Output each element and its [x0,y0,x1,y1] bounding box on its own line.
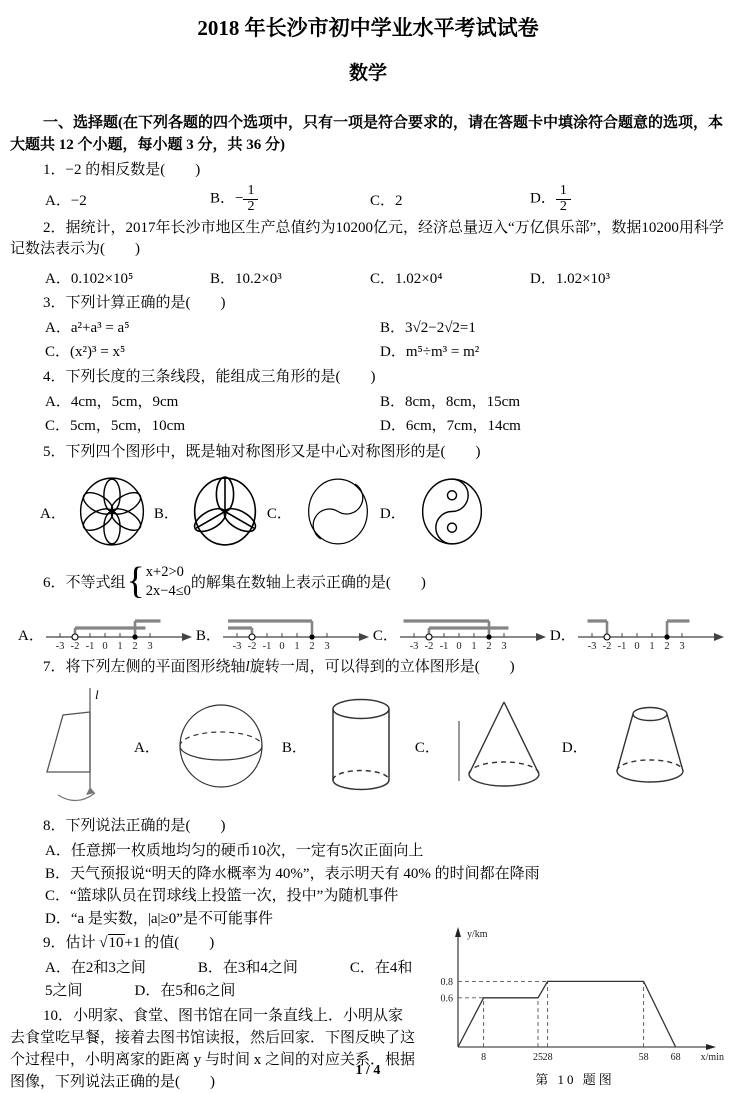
q2-option-b: B．10.2×0³ [210,267,370,288]
svg-text:-1: -1 [85,641,94,651]
q1-option-a: A．−2 [45,189,210,210]
q7-stem-suffix: 旋转一周，可以得到的立体图形是( ) [250,659,515,675]
q1-option-b-sign: − [235,191,243,207]
q6-option-a-label: A． [18,624,44,645]
svg-text:-2: -2 [602,641,611,651]
svg-text:0: 0 [279,641,284,651]
q1-stem: 1．−2 的相反数是( ) [10,160,726,182]
q7-option-b-label: B． [282,736,307,757]
number-line-figure-b: -3-2-10123 [221,604,371,651]
q9-stem-suffix: +1 的值( ) [125,935,215,951]
page-number: 1 / 4 [0,1063,736,1079]
svg-text:2: 2 [664,641,669,651]
svg-text:68: 68 [671,1052,681,1063]
q3-options-row2: C．(x²)³ = x⁵ D．m⁵÷m³ = m² [45,341,726,364]
svg-text:0.8: 0.8 [441,977,454,988]
section-instructions: 一、选择题(在下列各题的四个选项中，只有一项是符合要求的，请在答题卡中填涂符合题… [10,113,726,157]
q6-stem: 6．不等式组 { x+2>0 2x−4≤0 的解集在数轴上表示正确的是( ) [10,563,726,599]
q2-option-a: A．0.102×10⁵ [45,267,210,288]
q5-figures: A． B． C． [40,469,726,555]
cone-figure [454,696,548,796]
q9-option-d: D．在5和6之间 [135,983,236,999]
q1-option-b: B．−12 [210,184,370,214]
svg-text:3: 3 [324,641,329,651]
q8-option-a: A．任意掷一枚质地均匀的硬币10次，一定有5次正面向上 [45,840,726,863]
svg-text:0.6: 0.6 [441,993,454,1004]
sqrt-radicand: 10 [108,934,125,951]
q8-option-b: B．天气预报说“明天的降水概率为 40%”，表示明天有 40% 的时间都在降雨 [45,863,726,886]
q10-distance-time-chart: y/kmx/min8252858680.60.8 [424,921,726,1071]
frustum-figure [602,694,696,798]
q4-option-d: D．6cm，7cm，14cm [380,415,726,438]
trefoil-figure [183,469,267,555]
q3-options-row1: A．a²+a³ = a⁵ B．3√2−2√2=1 [45,317,726,340]
fraction: 12 [556,184,571,214]
svg-text:-1: -1 [262,641,271,651]
q9-stem-prefix: 9．估计 [43,935,96,951]
q3-option-d: D．m⁵÷m³ = m² [380,341,726,364]
q4-options-row1: A．4cm，5cm，9cm B．8cm，8cm，15cm [45,391,726,414]
svg-text:2: 2 [309,641,314,651]
svg-text:x/min: x/min [701,1052,724,1063]
q1-option-d-label: D． [530,191,556,207]
q6-inequality-system: x+2>0 2x−4≤0 [146,563,191,599]
q7-option-a-label: A． [134,736,160,757]
brace: { [127,564,145,598]
q2-option-c: C．1.02×0⁴ [370,267,530,288]
q5-stem: 5．下列四个图形中，既是轴对称图形又是中心对称图形的是( ) [10,442,726,464]
svg-text:28: 28 [543,1052,553,1063]
q6-options: A． -3-2-10123 B． -3-2-10123 C． -3-2-1012… [16,604,726,651]
fraction-numerator: 1 [556,184,571,200]
svg-text:-1: -1 [617,641,626,651]
svg-text:3: 3 [501,641,506,651]
q5-option-b-label: B． [154,502,179,523]
q3-option-a: A．a²+a³ = a⁵ [45,317,380,340]
svg-text:-3: -3 [587,641,596,651]
q9-option-a: A．在2和3之间 [45,960,146,976]
q4-options-row2: C．5cm，5cm，10cm D．6cm，7cm，14cm [45,415,726,438]
svg-text:0: 0 [102,641,107,651]
fraction: 12 [243,184,258,214]
fraction-numerator: 1 [243,184,258,200]
q7-option-d-label: D． [562,736,588,757]
q6-stem-suffix: 的解集在数轴上表示正确的是( ) [191,571,426,592]
rotation-axis-figure: l [32,682,120,810]
svg-text:l: l [95,687,99,702]
q4-stem: 4．下列长度的三条线段，能组成三角形的是( ) [10,367,726,389]
fraction-denominator: 2 [556,200,571,215]
q1-option-d: D．12 [530,184,726,214]
svg-text:1: 1 [471,641,476,651]
svg-text:-3: -3 [232,641,241,651]
sqrt-sign: √ [99,935,107,951]
q8-option-c: C．“篮球队员在罚球线上投篮一次，投中”为随机事件 [45,885,726,908]
q1-option-c: C．2 [370,189,530,210]
yinyang-figure [410,469,494,555]
exam-page: 2018 年长沙市初中学业水平考试试卷 数学 一、选择题(在下列各题的四个选项中… [0,0,736,1093]
svg-text:25: 25 [533,1052,543,1063]
number-line-figure-a: -3-2-10123 [44,604,194,651]
q5-option-d-label: D． [380,502,406,523]
svg-text:-3: -3 [410,641,419,651]
svg-text:0: 0 [634,641,639,651]
page-subtitle: 数学 [10,58,726,85]
svg-text:0: 0 [456,641,461,651]
page-title: 2018 年长沙市初中学业水平考试试卷 [10,12,726,42]
q4-option-c: C．5cm，5cm，10cm [45,415,380,438]
fraction-denominator: 2 [243,200,258,215]
svg-text:8: 8 [481,1052,486,1063]
q7-figures: l A． B． C． D． [32,682,726,810]
number-line-figure-c: -3-2-10123 [398,604,548,651]
q2-stem: 2．据统计，2017年长沙市地区生产总值约为10200亿元，经济总量迈入“万亿俱… [10,218,726,262]
q1-option-b-label: B． [210,191,235,207]
svg-text:2: 2 [132,641,137,651]
q2-option-d: D．1.02×10³ [530,267,726,288]
q6-stem-prefix: 6．不等式组 [43,571,126,592]
q5-option-a-label: A． [40,502,66,523]
number-line-figure-d: -3-2-10123 [576,604,726,651]
svg-text:-3: -3 [55,641,64,651]
svg-text:y/km: y/km [467,929,488,940]
q1-options: A．−2 B．−12 C．2 D．12 [45,184,726,214]
svg-text:-2: -2 [70,641,79,651]
svg-text:3: 3 [679,641,684,651]
q5-option-c-label: C． [267,502,292,523]
q6-inequality-1: x+2>0 [146,564,184,580]
svg-text:58: 58 [639,1052,649,1063]
svg-text:-2: -2 [247,641,256,651]
q2-options: A．0.102×10⁵ B．10.2×0³ C．1.02×0⁴ D．1.02×1… [45,264,726,290]
q7-stem: 7．将下列左侧的平面图形绕轴l旋转一周，可以得到的立体图形是( ) [10,657,726,679]
sphere-figure [174,690,268,802]
q3-stem: 3．下列计算正确的是( ) [10,293,726,315]
q7-stem-prefix: 7．将下列左侧的平面图形绕轴 [43,659,246,675]
q6-option-c-label: C． [373,624,398,645]
svg-text:1: 1 [294,641,299,651]
cylinder-figure [321,692,401,800]
q6-inequality-2: 2x−4≤0 [146,583,191,599]
flower-figure [70,469,154,555]
q7-option-c-label: C． [415,736,440,757]
q8-stem: 8．下列说法正确的是( ) [10,816,726,838]
svg-text:1: 1 [117,641,122,651]
svg-text:1: 1 [649,641,654,651]
svg-text:2: 2 [486,641,491,651]
q3-option-b: B．3√2−2√2=1 [380,317,726,340]
q6-option-d-label: D． [550,624,576,645]
svg-text:-1: -1 [440,641,449,651]
q4-option-b: B．8cm，8cm，15cm [380,391,726,414]
q9-option-b: B．在3和4之间 [198,960,298,976]
swirl-figure [296,469,380,555]
q6-option-b-label: B． [196,624,221,645]
q4-option-a: A．4cm，5cm，9cm [45,391,380,414]
svg-text:3: 3 [147,641,152,651]
q3-option-c: C．(x²)³ = x⁵ [45,341,380,364]
svg-text:-2: -2 [425,641,434,651]
